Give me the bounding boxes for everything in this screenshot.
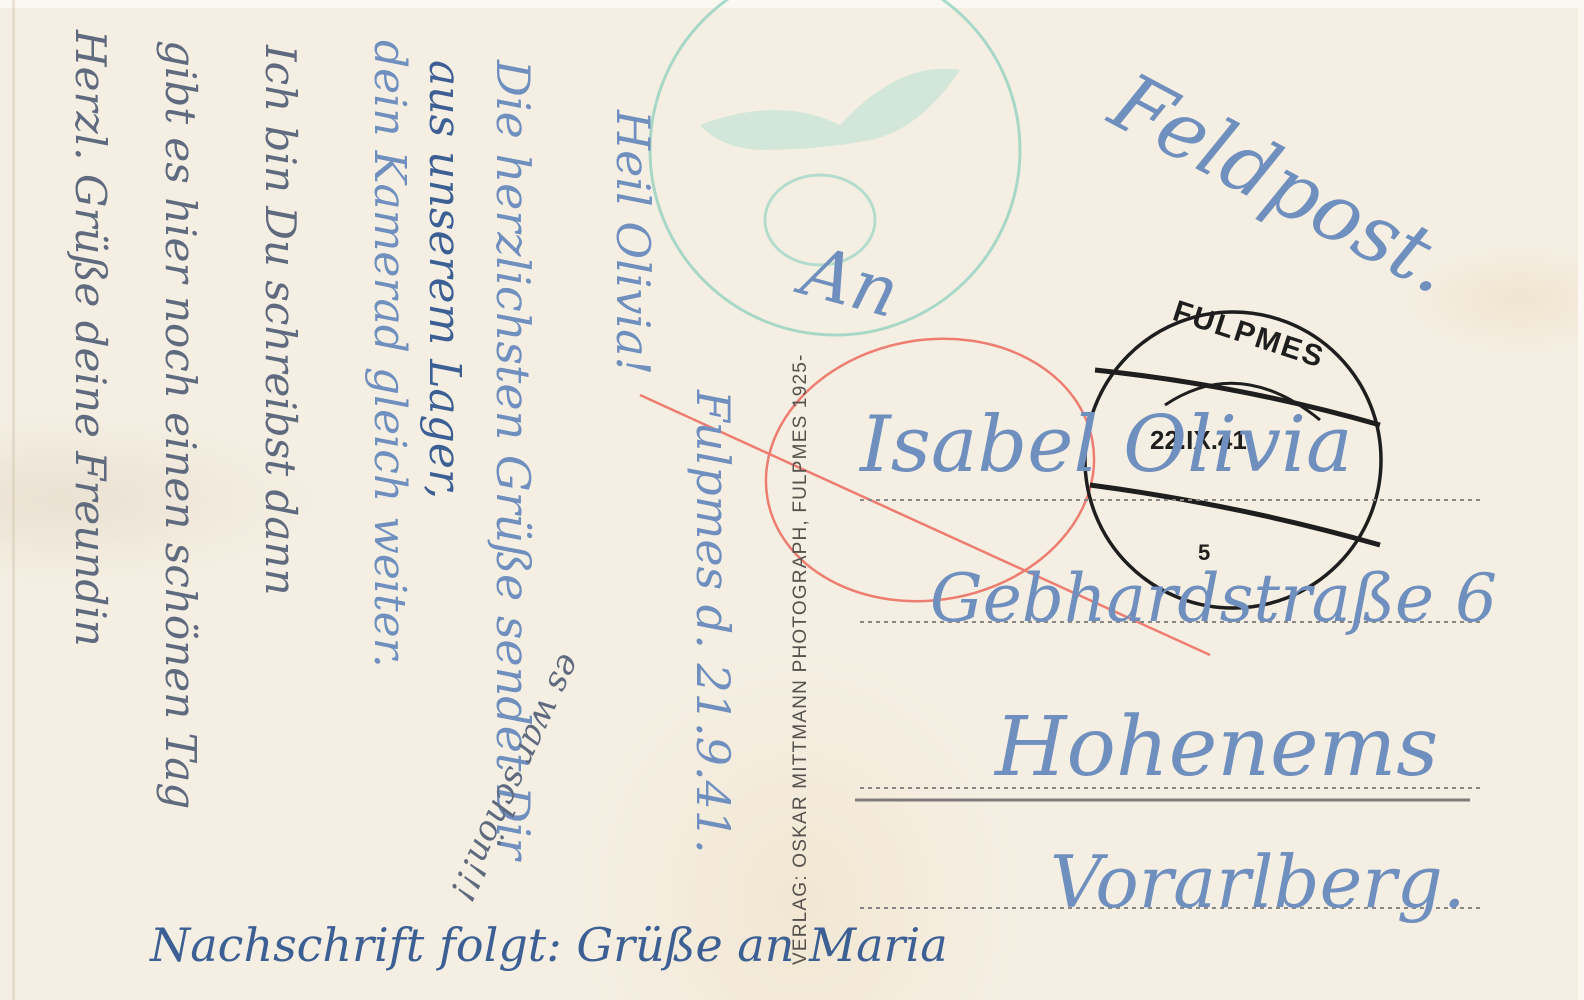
message-date-line: Fulpmes d. 21.9.41. xyxy=(686,390,740,854)
message-line: aus unserem Lager, xyxy=(419,60,470,499)
recipient-town: Hohenems xyxy=(995,700,1438,795)
message-line: gibt es hier noch einen schönen Tag xyxy=(156,40,205,809)
message-line: Herzl. Grüße deine Freundin xyxy=(66,30,115,647)
recipient-street: Gebhardstraße 6 xyxy=(930,560,1497,637)
message-line: dein Kamerad gleich weiter. xyxy=(364,40,415,668)
recipient-name: Isabel Olivia xyxy=(860,400,1353,490)
message-postscript: Nachschrift folgt: Grüße an Maria xyxy=(150,918,948,972)
publisher-imprint: VERLAG: OSKAR MITTMANN PHOTOGRAPH, FULPM… xyxy=(790,353,812,965)
postcard: VERLAG: OSKAR MITTMANN PHOTOGRAPH, FULPM… xyxy=(0,0,1584,1000)
message-line: Ich bin Du schreibst dann xyxy=(256,45,305,596)
message-line: Heil Olivia! xyxy=(606,110,660,375)
recipient-region: Vorarlberg. xyxy=(1050,840,1466,924)
